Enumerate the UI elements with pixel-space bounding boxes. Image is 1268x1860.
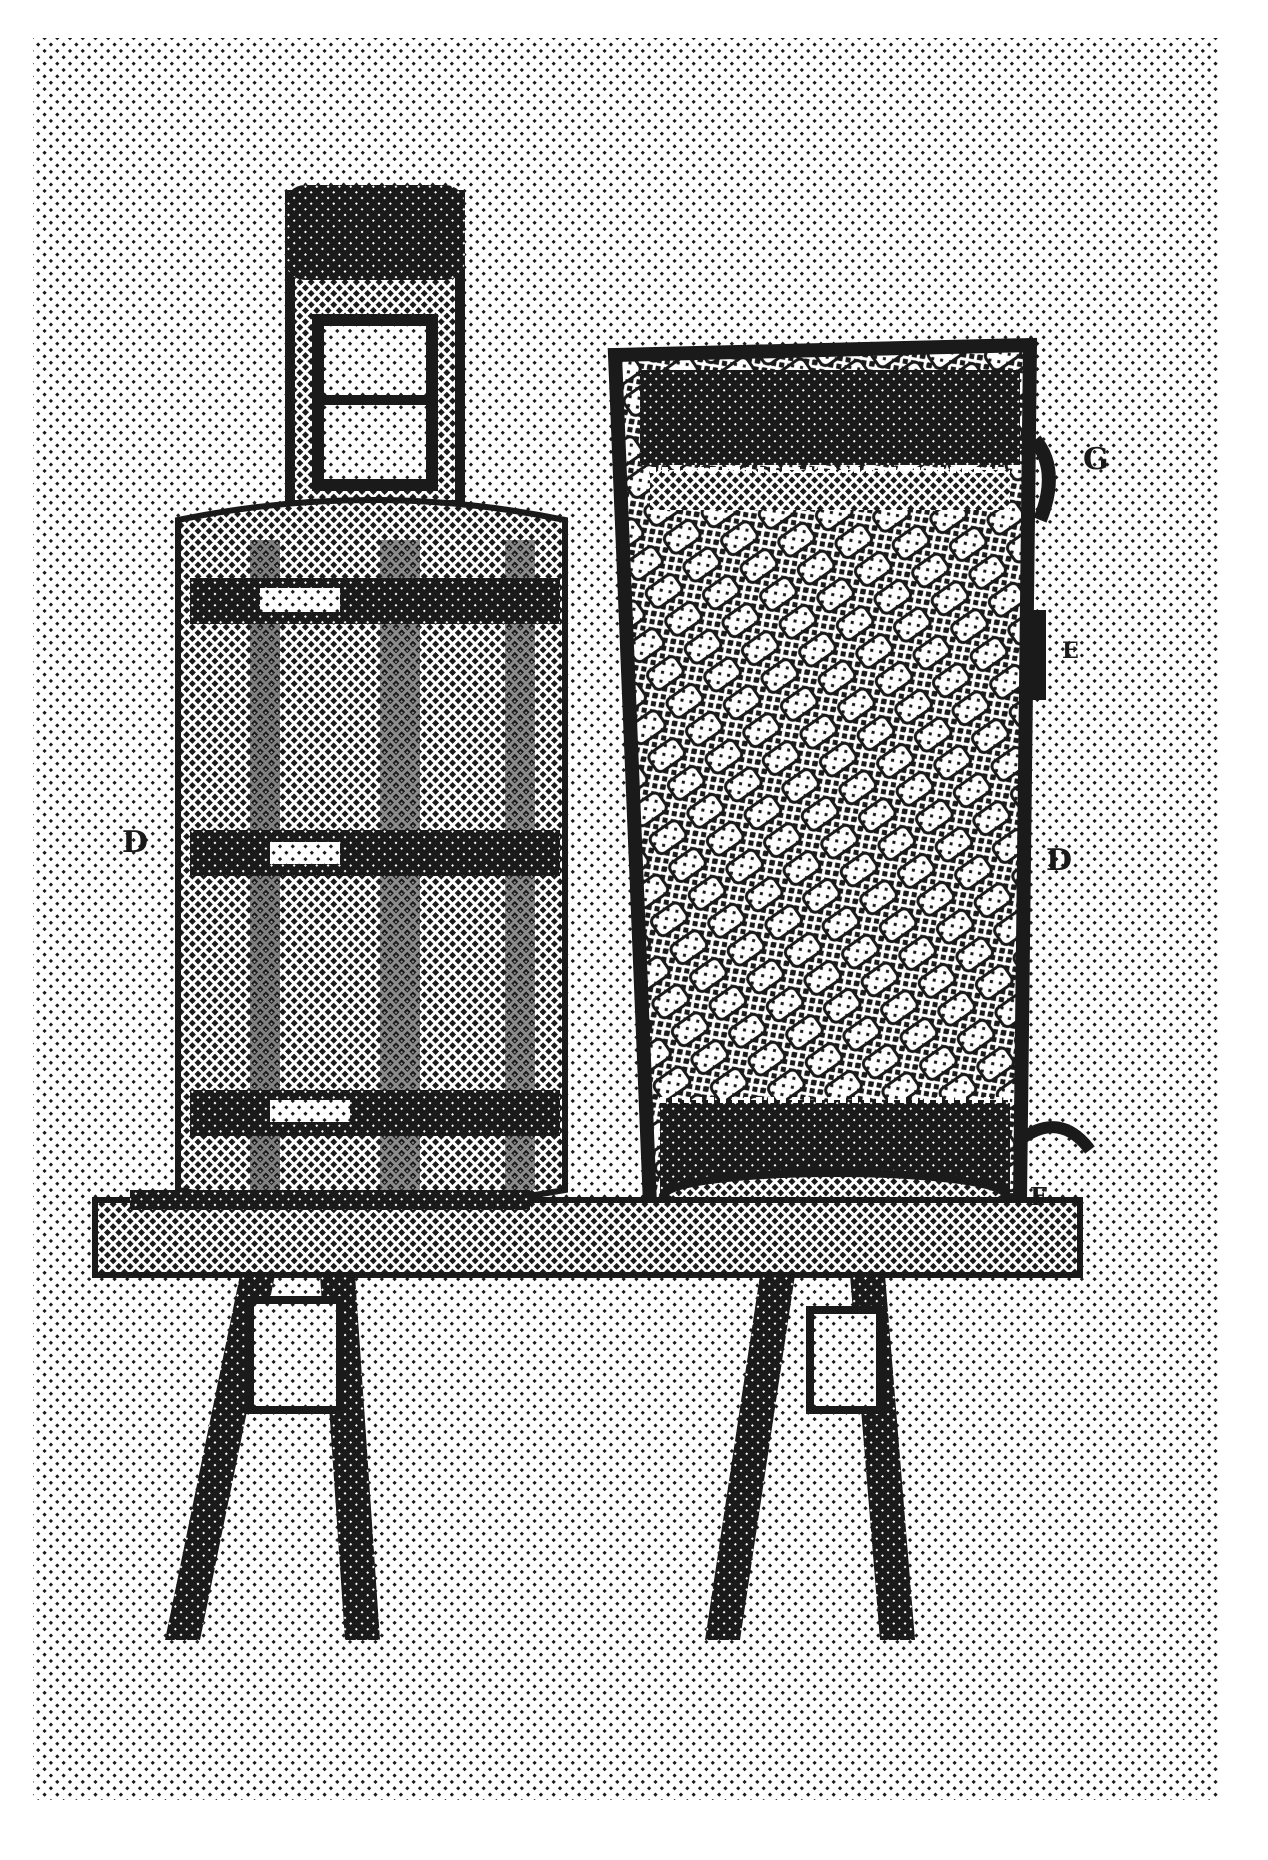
- right-apparatus: [615, 345, 1090, 1217]
- label-e: E: [1062, 640, 1079, 662]
- bench-top: [95, 1200, 1080, 1275]
- label-d-left: D: [122, 828, 148, 858]
- right-container-top-rim: [640, 370, 1020, 465]
- top-tube-cap: [285, 185, 465, 280]
- label-d-right: D: [1046, 846, 1072, 876]
- halftone-photograph: [0, 0, 1268, 1860]
- side-handle: [1030, 610, 1046, 700]
- label-g: G: [1083, 445, 1109, 475]
- band-bottom: [190, 1090, 560, 1136]
- band-top: [190, 578, 560, 624]
- label-f: F: [1030, 1185, 1047, 1209]
- band-middle: [190, 830, 560, 876]
